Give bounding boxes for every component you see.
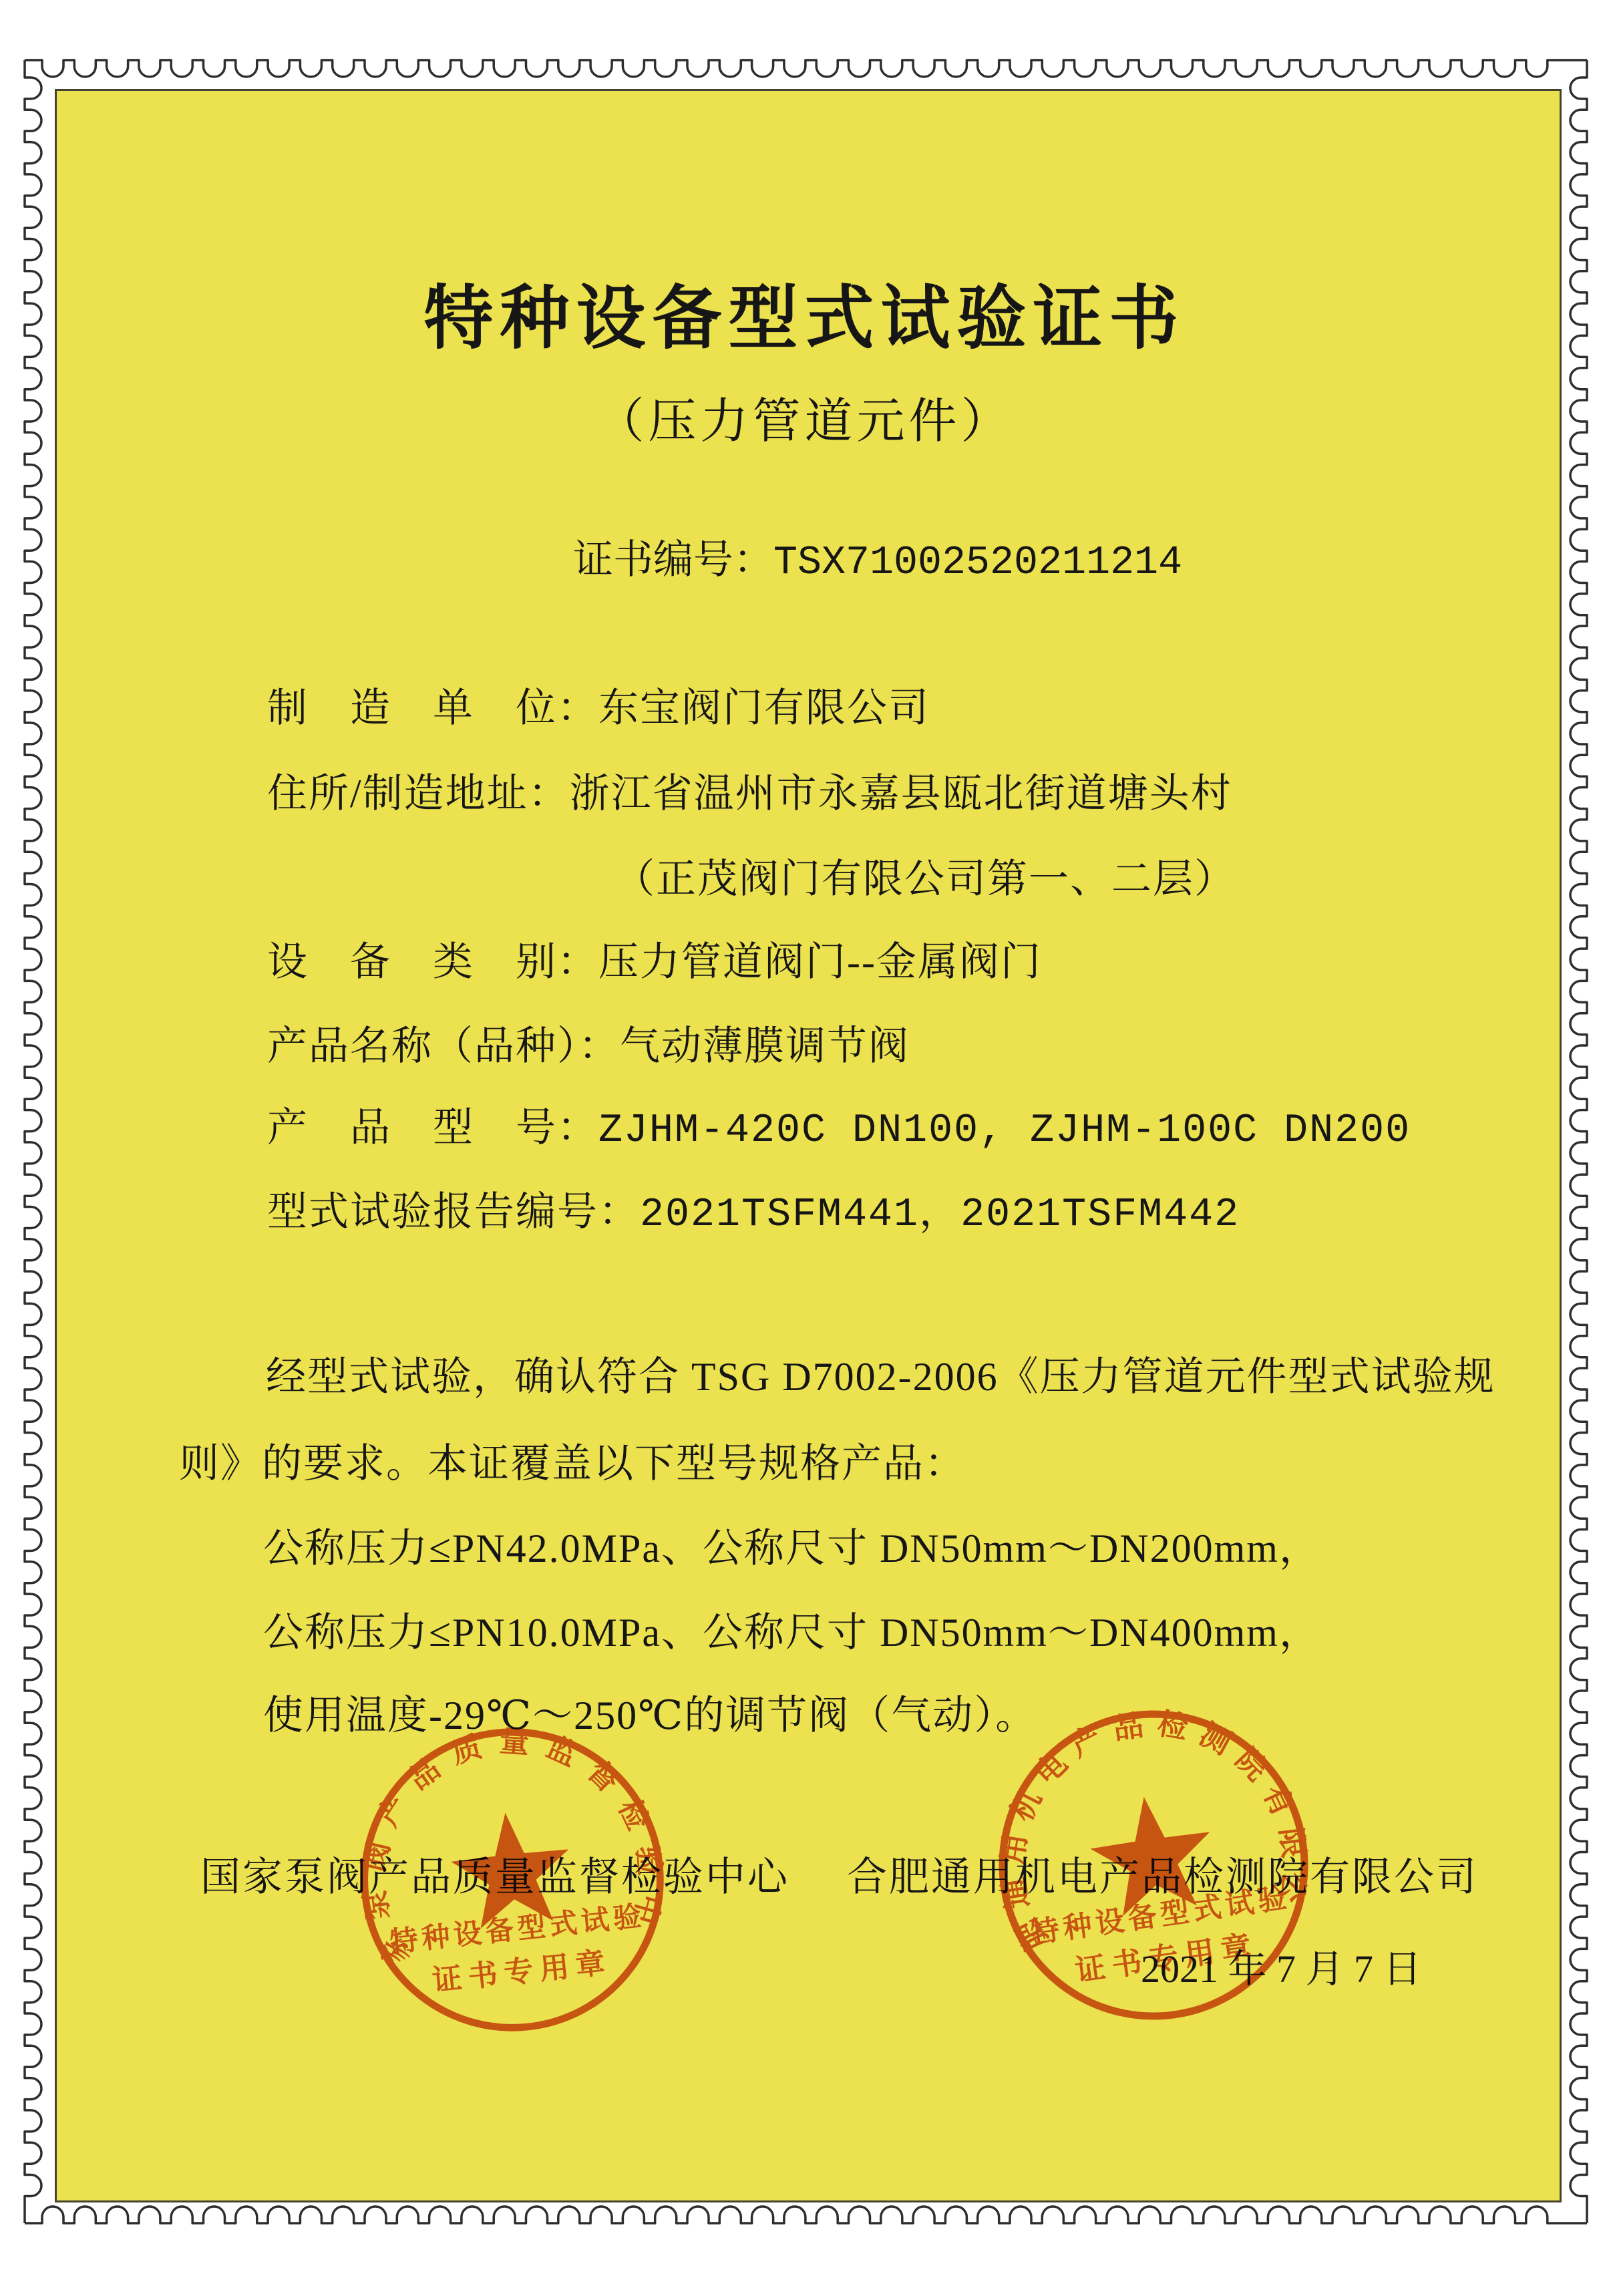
field-report-no-label: 型式试验报告编号： [267,1190,640,1234]
field-manufacturer-label: 制 造 单 位： [267,686,598,730]
field-address: 住所/制造地址：浙江省温州市永嘉县瓯北街道塘头村 [267,762,1232,819]
field-report-no-value: 2021TSFM441，2021TSFM442 [640,1192,1240,1238]
field-address-value: 浙江省温州市永嘉县瓯北街道塘头村 [570,772,1232,816]
field-product-name: 产品名称（品种）：气动薄膜调节阀 [267,1014,910,1072]
certificate-number-value: TSX71002520211214 [773,540,1182,586]
field-address-line2: （正茂阀门有限公司第一、二层） [614,847,1236,905]
field-model: 产 品 型 号：ZJHM-420C DN100, ZJHM-100C DN200 [267,1096,1411,1154]
seal-right: 合肥通用机电产品检测院有限公司 特种设备型式试验 证书专用章 [972,1684,1334,2046]
certificate-subtitle: （压力管道元件） [0,382,1609,452]
field-address-label: 住所/制造地址： [267,772,570,816]
body-paragraph-line1: 经型式试验，确认符合 TSG D7002-2006《压力管道元件型式试验规 [266,1345,1495,1402]
certificate-number-label: 证书编号： [573,538,773,582]
field-category-value: 压力管道阀门--金属阀门 [598,940,1042,984]
coverage-line1: 公称压力≤PN42.0MPa、公称尺寸 DN50mm～DN200mm， [263,1516,1320,1574]
field-model-label: 产 品 型 号： [267,1106,598,1150]
field-manufacturer: 制 造 单 位：东宝阀门有限公司 [267,676,930,733]
field-category: 设 备 类 别：压力管道阀门--金属阀门 [267,930,1042,987]
body-paragraph-line2: 则》的要求。本证覆盖以下型号规格产品： [179,1432,966,1489]
certificate-page: { "colors": { "paper": "#ECE14E", "ink":… [0,0,1609,2296]
certificate-number-line: 证书编号：TSX71002520211214 [573,528,1182,586]
field-model-value: ZJHM-420C DN100, ZJHM-100C DN200 [598,1108,1411,1154]
field-product-name-value: 气动薄膜调节阀 [620,1024,910,1068]
field-report-no: 型式试验报告编号：2021TSFM441，2021TSFM442 [267,1180,1240,1238]
field-product-name-label: 产品名称（品种）： [267,1024,620,1068]
field-manufacturer-value: 东宝阀门有限公司 [598,686,930,730]
field-address2-value: （正茂阀门有限公司第一、二层） [614,857,1236,901]
seal-left-line2: 证书专用章 [431,1945,613,1997]
coverage-line2: 公称压力≤PN10.0MPa、公称尺寸 DN50mm～DN400mm， [263,1601,1320,1658]
seal-left: 国家泵阀产品质量监督检验中心 特种设备型式试验 证书专用章 [340,1707,685,2053]
field-category-label: 设 备 类 别： [267,940,598,984]
certificate-title: 特种设备型式试验证书 [0,262,1609,362]
